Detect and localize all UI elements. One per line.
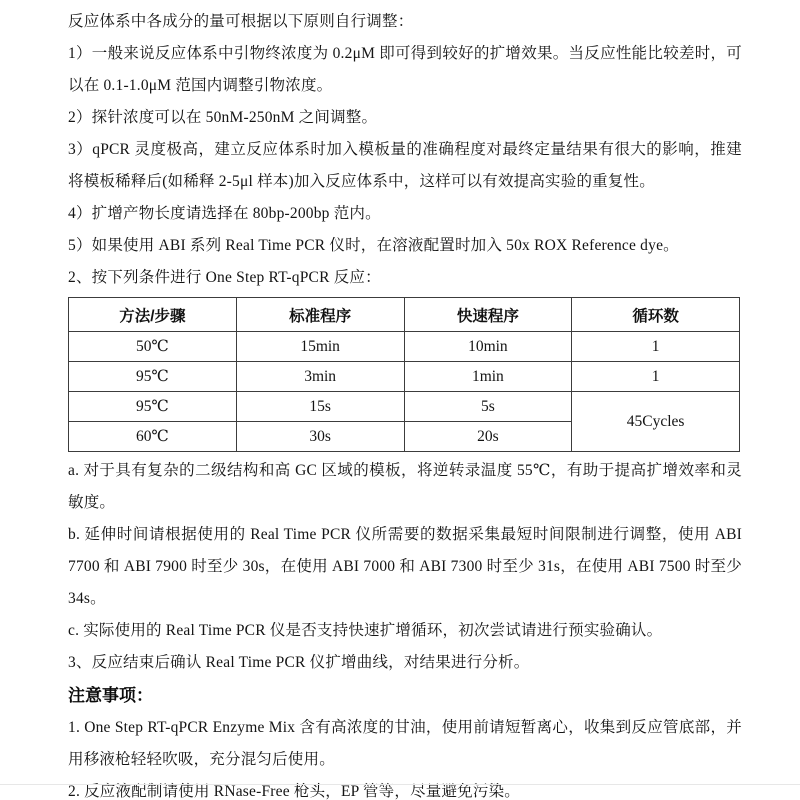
table-cell-merged-cycles: 45Cycles: [572, 392, 740, 452]
caution-item-1: 1. One Step RT-qPCR Enzyme Mix 含有高浓度的甘油，…: [68, 712, 742, 776]
cautions-heading: 注意事项：: [68, 679, 742, 712]
caution-item-2: 2. 反应液配制请使用 RNase-Free 枪头，EP 管等，尽量避免污染。: [68, 776, 742, 800]
step3-paragraph: 3、反应结束后确认 Real Time PCR 仪扩增曲线，对结果进行分析。: [68, 647, 742, 679]
note-a-paragraph: a. 对于具有复杂的二级结构和高 GC 区域的模板，将逆转录温度 55℃，有助于…: [68, 455, 742, 519]
table-cell: 95℃: [69, 362, 237, 392]
note-c-paragraph: c. 实际使用的 Real Time PCR 仪是否支持快速扩增循环，初次尝试请…: [68, 615, 742, 647]
guideline-item-2: 2）探针浓度可以在 50nM-250nM 之间调整。: [68, 102, 742, 134]
step2-heading: 2、按下列条件进行 One Step RT-qPCR 反应：: [68, 262, 742, 294]
table-cell: 95℃: [69, 392, 237, 422]
table-cell: 1: [572, 332, 740, 362]
table-header-cell: 标准程序: [236, 298, 404, 332]
table-row: 50℃ 15min 10min 1: [69, 332, 740, 362]
intro-paragraph: 反应体系中各成分的量可根据以下原则自行调整：: [68, 6, 742, 38]
table-header-cell: 快速程序: [404, 298, 572, 332]
table-cell: 3min: [236, 362, 404, 392]
guideline-item-4: 4）扩增产物长度请选择在 80bp-200bp 范内。: [68, 198, 742, 230]
table-cell: 5s: [404, 392, 572, 422]
guideline-item-5: 5）如果使用 ABI 系列 Real Time PCR 仪时，在溶液配置时加入 …: [68, 230, 742, 262]
table-cell: 1: [572, 362, 740, 392]
table-cell: 30s: [236, 422, 404, 452]
table-header-cell: 循环数: [572, 298, 740, 332]
table-cell: 60℃: [69, 422, 237, 452]
table-cell: 15min: [236, 332, 404, 362]
table-cell: 10min: [404, 332, 572, 362]
table-header-row: 方法/步骤 标准程序 快速程序 循环数: [69, 298, 740, 332]
note-b-paragraph: b. 延伸时间请根据使用的 Real Time PCR 仪所需要的数据采集最短时…: [68, 519, 742, 615]
document-page: 反应体系中各成分的量可根据以下原则自行调整： 1）一般来说反应体系中引物终浓度为…: [0, 0, 800, 800]
protocol-table: 方法/步骤 标准程序 快速程序 循环数 50℃ 15min 10min 1 95…: [68, 297, 740, 452]
guideline-item-3: 3）qPCR 灵度极高，建立反应体系时加入模板量的准确程度对最终定量结果有很大的…: [68, 134, 742, 198]
table-cell: 1min: [404, 362, 572, 392]
table-cell: 50℃: [69, 332, 237, 362]
guideline-item-1: 1）一般来说反应体系中引物终浓度为 0.2μM 即可得到较好的扩增效果。当反应性…: [68, 38, 742, 102]
table-header-cell: 方法/步骤: [69, 298, 237, 332]
table-row: 95℃ 3min 1min 1: [69, 362, 740, 392]
table-cell: 20s: [404, 422, 572, 452]
table-row: 95℃ 15s 5s 45Cycles: [69, 392, 740, 422]
table-cell: 15s: [236, 392, 404, 422]
page-bottom-divider: [0, 784, 800, 785]
